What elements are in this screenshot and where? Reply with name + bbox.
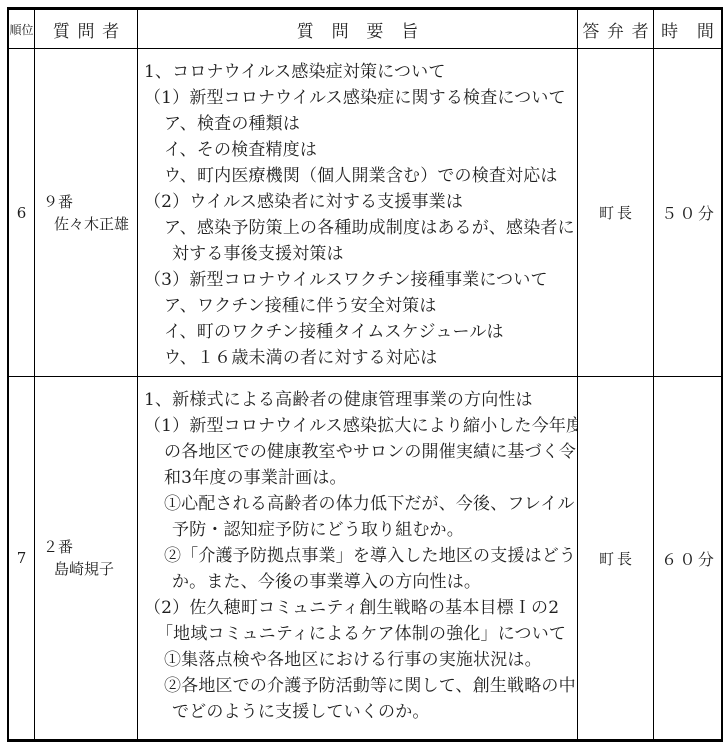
- summary-line: 「地域コミュニティによるケア体制の強化」について: [138, 621, 577, 647]
- summary-cell: 1、新様式による高齢者の健康管理事業の方向性は （1）新型コロナウイルス感染拡大…: [138, 377, 578, 739]
- summary-line: の各地区での健康教室やサロンの開催実績に基づく令: [138, 439, 577, 465]
- questioner-number: ２番: [43, 536, 137, 558]
- time-cell: ５０分: [654, 49, 721, 376]
- summary-line: （1）新型コロナウイルス感染拡大により縮小した今年度: [138, 413, 577, 439]
- summary-line: か。また、今後の事業導入の方向性は。: [138, 569, 577, 595]
- questioner-cell: ９番 佐々木正雄: [35, 49, 138, 376]
- questioner-name: 島崎規子: [43, 558, 137, 580]
- summary-line: イ、その検査精度は: [138, 137, 577, 163]
- summary-line: でどのように支援していくのか。: [138, 699, 577, 725]
- summary-line: 対する事後支援対策は: [138, 241, 577, 267]
- header-cell-time: 時間: [654, 10, 721, 48]
- summary-line: ア、感染予防策上の各種助成制度はあるが、感染者に: [138, 215, 577, 241]
- summary-line: ②「介護予防拠点事業」を導入した地区の支援はどう: [138, 543, 577, 569]
- rank-cell: 6: [9, 49, 35, 376]
- summary-line: （2）ウイルス感染者に対する支援事業は: [138, 189, 577, 215]
- summary-line: ①心配される高齢者の体力低下だが、今後、フレイル: [138, 491, 577, 517]
- rank-cell: 7: [9, 377, 35, 739]
- table-row: 7 ２番 島崎規子 1、新様式による高齢者の健康管理事業の方向性は （1）新型コ…: [9, 377, 721, 739]
- summary-line: ア、検査の種類は: [138, 111, 577, 137]
- header-questioner-label: 質問者: [53, 17, 127, 42]
- summary-line: 予防・認知症予防にどう取り組むか。: [138, 517, 577, 543]
- answerer-cell: 町長: [578, 377, 654, 739]
- header-row: 順位 質問者 質問要旨 答弁者 時間: [9, 10, 721, 49]
- time-value: ５０分: [661, 201, 716, 224]
- header-time-label: 時間: [661, 17, 721, 42]
- summary-line: ②各地区での介護予防活動等に関して、創生戦略の中: [138, 673, 577, 699]
- summary-line: ウ、町内医療機関（個人開業含む）での検査対応は: [138, 163, 577, 189]
- header-cell-questioner: 質問者: [35, 10, 138, 48]
- summary-line: ウ、１６歳未満の者に対する対応は: [138, 345, 577, 371]
- questioner-cell: ２番 島崎規子: [35, 377, 138, 739]
- summary-line: イ、町のワクチン接種タイムスケジュールは: [138, 319, 577, 345]
- summary-line: ①集落点検や各地区における行事の実施状況は。: [138, 647, 577, 673]
- header-cell-summary: 質問要旨: [138, 10, 578, 48]
- summary-line: 1、コロナウイルス感染症対策について: [138, 59, 577, 85]
- document-page: 順位 質問者 質問要旨 答弁者 時間 6 ９番 佐々木正雄: [0, 0, 728, 745]
- header-answerer-label: 答弁者: [582, 17, 654, 42]
- questioner-number: ９番: [43, 191, 137, 213]
- questioner-name: 佐々木正雄: [43, 213, 137, 235]
- summary-line: ア、ワクチン接種に伴う安全対策は: [138, 293, 577, 319]
- answerer-value: 町長: [599, 202, 635, 223]
- summary-line: （1）新型コロナウイルス感染症に関する検査について: [138, 85, 577, 111]
- rank-value: 7: [17, 549, 27, 567]
- answerer-value: 町長: [599, 548, 635, 569]
- summary-line: 和3年度の事業計画は。: [138, 465, 577, 491]
- header-summary-label: 質問要旨: [297, 17, 436, 42]
- header-cell-rank: 順位: [9, 10, 35, 48]
- rank-value: 6: [17, 204, 27, 222]
- header-cell-answerer: 答弁者: [578, 10, 654, 48]
- summary-line: （3）新型コロナウイルスワクチン接種事業について: [138, 267, 577, 293]
- question-schedule-table: 順位 質問者 質問要旨 答弁者 時間 6 ９番 佐々木正雄: [7, 7, 723, 742]
- summary-line: （2）佐久穂町コミュニティ創生戦略の基本目標Ｉの2: [138, 595, 577, 621]
- summary-cell: 1、コロナウイルス感染症対策について （1）新型コロナウイルス感染症に関する検査…: [138, 49, 578, 376]
- table-row: 6 ９番 佐々木正雄 1、コロナウイルス感染症対策について （1）新型コロナウイ…: [9, 49, 721, 377]
- header-rank-label: 順位: [9, 21, 33, 38]
- summary-line: 1、新様式による高齢者の健康管理事業の方向性は: [138, 387, 577, 413]
- answerer-cell: 町長: [578, 49, 654, 376]
- time-cell: ６０分: [654, 377, 721, 739]
- time-value: ６０分: [661, 547, 716, 570]
